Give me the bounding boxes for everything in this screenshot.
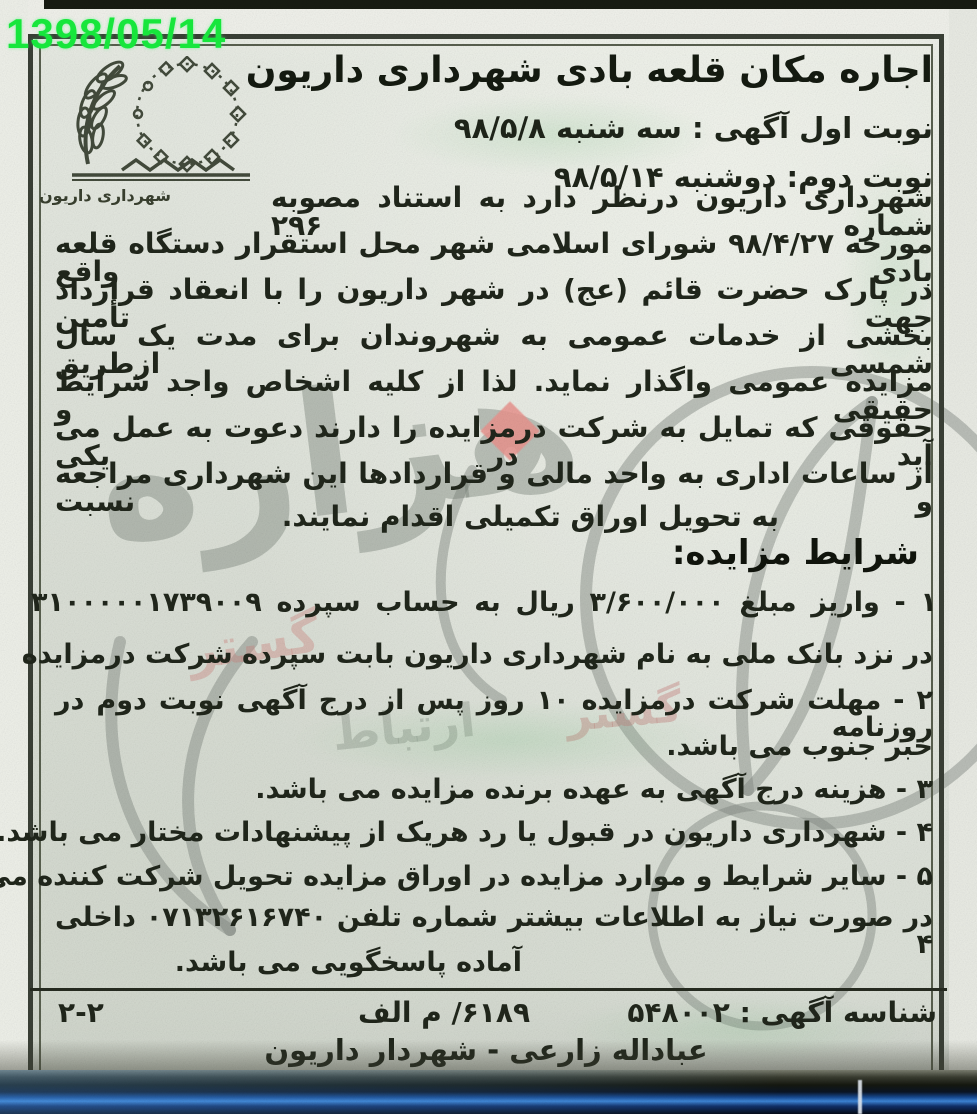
newspaper-ad-scan: هزاره گستر ارتباط گستر (0, 0, 977, 1114)
conditions-heading: شرایط مزایده: (672, 534, 919, 573)
ref-code: ۶۱۸۹/ م الف (358, 997, 530, 1029)
paper-margin-right (949, 0, 977, 1114)
footer-divider (30, 988, 947, 991)
body-line: به تحویل اوراق تکمیلی اقدام نمایند. (282, 501, 779, 533)
condition-line: ۱ - واریز مبلغ ۳/۶۰۰/۰۰۰ ریال به حساب سپ… (31, 589, 937, 616)
top-rule (44, 0, 977, 9)
condition-line: در نزد بانک ملی به نام شهرداری داریون با… (22, 639, 933, 670)
ad-title: اجاره مکان قلعه بادی شهرداری داریون (246, 50, 933, 91)
ad-id: شناسه آگهی : ۵۴۸۰۰۲ (627, 997, 937, 1029)
first-notice-date: نوبت اول آگهی : سه شنبه ۹۸/۵/۸ (454, 112, 933, 145)
bottom-shadow (0, 1040, 977, 1074)
scan-artifact-line (858, 1080, 862, 1114)
logo-caption: شهرداری داریون (38, 186, 172, 205)
page-marker: ۲-۲ (58, 997, 104, 1029)
scan-date-stamp: 1398/05/14 (6, 13, 226, 55)
condition-line: ۴ - شهرداری داریون در قبول یا رد هریک از… (0, 817, 933, 848)
municipality-emblem-icon (52, 56, 262, 184)
condition-line: آماده پاسخگویی می باشد. (175, 947, 522, 978)
condition-line: ۵ - سایر شرایط و موارد مزایده در اوراق م… (0, 861, 933, 892)
condition-line: ۳ - هزینه درج آگهی به عهده برنده مزایده … (255, 774, 933, 805)
condition-line: خبر جنوب می باشد. (666, 731, 933, 762)
paper-margin-left (0, 0, 28, 1114)
scan-edge-band (0, 1070, 977, 1114)
